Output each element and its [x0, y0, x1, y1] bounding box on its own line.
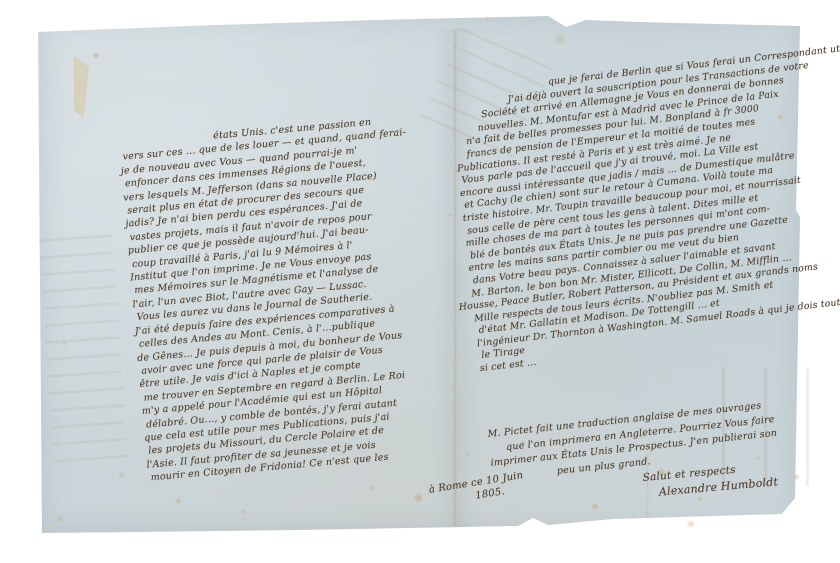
letter-photograph: états Unis. c'est une passion envers sur…: [0, 0, 840, 563]
foxing-spot: [793, 474, 800, 480]
foxing-spot: [56, 515, 65, 522]
left-page-manuscript-text: états Unis. c'est une passion envers sur…: [118, 108, 487, 485]
foxing-spot: [118, 472, 125, 478]
right-page-manuscript-text: que je ferai de Berlin que si Vous ferai…: [448, 48, 835, 376]
foxing-spot: [61, 341, 67, 346]
foxing-spot: [175, 498, 182, 504]
foxing-spot: [240, 509, 246, 514]
foxing-spot: [553, 34, 567, 45]
foxing-spot: [485, 17, 490, 21]
foxing-spot: [686, 520, 696, 528]
foxing-spot: [369, 485, 376, 491]
foxing-spot: [591, 503, 599, 510]
foxing-spot: [413, 493, 424, 503]
foxing-spot: [92, 52, 100, 59]
